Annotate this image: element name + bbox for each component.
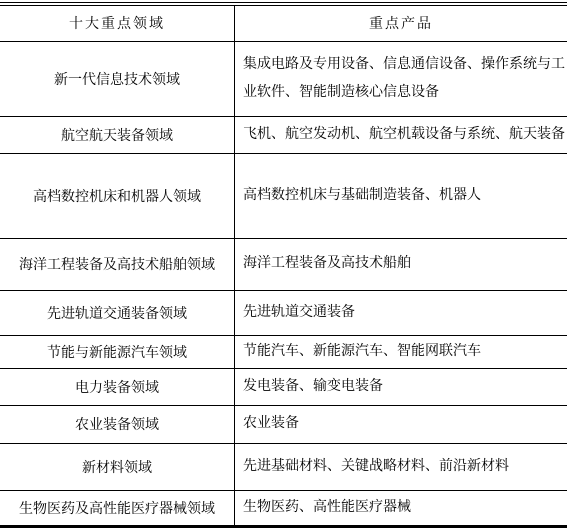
table-row: 电力装备领域 发电装备、输变电装备 xyxy=(0,368,567,405)
products-cell: 节能汽车、新能源汽车、智能网联汽车 xyxy=(235,335,567,368)
area-cell: 节能与新能源汽车领域 xyxy=(0,335,235,368)
column-header-areas: 十大重点领域 xyxy=(0,4,235,41)
document-page: 十大重点领域 重点产品 新一代信息技术领域 集成电路及专用设备、信息通信设备、操… xyxy=(0,0,567,531)
area-cell: 新一代信息技术领域 xyxy=(0,41,235,116)
table-row: 农业装备领域 农业装备 xyxy=(0,405,567,443)
area-cell: 新材料领域 xyxy=(0,443,235,490)
area-cell: 生物医药及高性能医疗器械领域 xyxy=(0,490,235,526)
products-cell: 农业装备 xyxy=(235,405,567,443)
table-row: 高档数控机床和机器人领域 高档数控机床与基础制造装备、机器人 xyxy=(0,153,567,238)
table-row: 海洋工程装备及高技术船舶领域 海洋工程装备及高技术船舶 xyxy=(0,238,567,290)
key-areas-table: 十大重点领域 重点产品 新一代信息技术领域 集成电路及专用设备、信息通信设备、操… xyxy=(0,2,567,528)
products-cell: 集成电路及专用设备、信息通信设备、操作系统与工业软件、智能制造核心信息设备 xyxy=(235,41,567,116)
table-header-row: 十大重点领域 重点产品 xyxy=(0,4,567,41)
products-cell: 先进基础材料、关键战略材料、前沿新材料 xyxy=(235,443,567,490)
area-cell: 海洋工程装备及高技术船舶领域 xyxy=(0,238,235,290)
table-row: 新一代信息技术领域 集成电路及专用设备、信息通信设备、操作系统与工业软件、智能制… xyxy=(0,41,567,116)
column-header-products: 重点产品 xyxy=(235,4,567,41)
area-cell: 航空航天装备领域 xyxy=(0,116,235,153)
table-row: 先进轨道交通装备领域 先进轨道交通装备 xyxy=(0,290,567,335)
table-row: 节能与新能源汽车领域 节能汽车、新能源汽车、智能网联汽车 xyxy=(0,335,567,368)
products-cell: 海洋工程装备及高技术船舶 xyxy=(235,238,567,290)
area-cell: 农业装备领域 xyxy=(0,405,235,443)
products-cell: 飞机、航空发动机、航空机载设备与系统、航天装备 xyxy=(235,116,567,153)
area-cell: 先进轨道交通装备领域 xyxy=(0,290,235,335)
products-cell: 先进轨道交通装备 xyxy=(235,290,567,335)
area-cell: 高档数控机床和机器人领域 xyxy=(0,153,235,238)
products-cell: 发电装备、输变电装备 xyxy=(235,368,567,405)
area-cell: 电力装备领域 xyxy=(0,368,235,405)
table-row: 生物医药及高性能医疗器械领域 生物医药、高性能医疗器械 xyxy=(0,490,567,526)
products-cell: 高档数控机床与基础制造装备、机器人 xyxy=(235,153,567,238)
products-cell: 生物医药、高性能医疗器械 xyxy=(235,490,567,526)
table-row: 航空航天装备领域 飞机、航空发动机、航空机载设备与系统、航天装备 xyxy=(0,116,567,153)
table-row: 新材料领域 先进基础材料、关键战略材料、前沿新材料 xyxy=(0,443,567,490)
